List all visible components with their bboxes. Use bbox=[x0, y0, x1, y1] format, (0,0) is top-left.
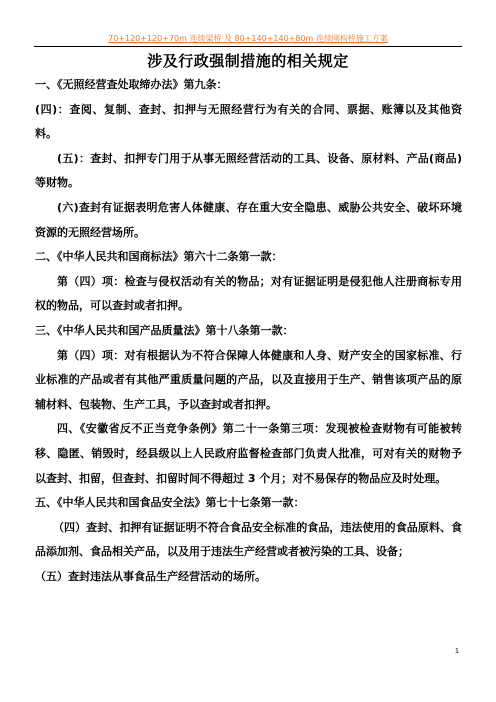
header-text-2: 连续梁桥 bbox=[189, 34, 221, 43]
page-title: 涉及行政强制措施的相关规定 bbox=[0, 50, 496, 72]
section-heading-1: 一、《无照经营查处取缔办法》第九条： bbox=[35, 73, 462, 98]
paragraph: 第（四）项：对有根据认为不符合保障人体健康和人身、财产安全的国家标准、行业标准的… bbox=[35, 344, 462, 418]
section-heading-3: 三、《中华人民共和国产品质量法》第十八条第一款： bbox=[35, 319, 462, 344]
header-text-4: 连续刚构桥施工方案 bbox=[316, 34, 388, 43]
section-heading-2: 二、《中华人民共和国商标法》第六十二条第一款： bbox=[35, 245, 462, 270]
page-number: 1 bbox=[455, 648, 459, 655]
paragraph-section-4: 四、《安徽省反不正当竞争条例》第二十一条第三项：发现被检查财物有可能被转移、隐匿… bbox=[35, 417, 462, 491]
paragraph: （五）查封违法从事食品生产经营活动的场所。 bbox=[35, 565, 462, 590]
paragraph: 第（四）项：检查与侵权活动有关的物品；对有证据证明是侵犯他人注册商标专用权的物品… bbox=[35, 270, 462, 319]
paragraph: (六)查封有证据表明危害人体健康、存在重大安全隐患、威胁公共安全、破坏环境资源的… bbox=[35, 196, 462, 245]
running-header: 70+120+120+70m 连续梁桥 及 80+140+140+80m 连续刚… bbox=[0, 34, 496, 44]
header-text-1: 70+120+120+70m bbox=[108, 34, 189, 43]
paragraph: (五)：查封、扣押专门用于从事无照经营活动的工具、设备、原材料、产品(商品)等财… bbox=[35, 147, 462, 196]
document-body: 一、《无照经营查处取缔办法》第九条： (四)：查阅、复制、查封、扣押与无照经营行… bbox=[35, 73, 462, 589]
header-text-3: 及 80+140+140+80m bbox=[221, 34, 315, 43]
paragraph: (四)：查阅、复制、查封、扣押与无照经营行为有关的合同、票据、账簿以及其他资料。 bbox=[35, 98, 462, 147]
paragraph: （四）查封、扣押有证据证明不符合食品安全标准的食品，违法使用的食品原料、食品添加… bbox=[35, 516, 462, 565]
section-heading-5: 五、《中华人民共和国食品安全法》第七十七条第一款： bbox=[35, 491, 462, 516]
header-divider bbox=[34, 46, 462, 47]
